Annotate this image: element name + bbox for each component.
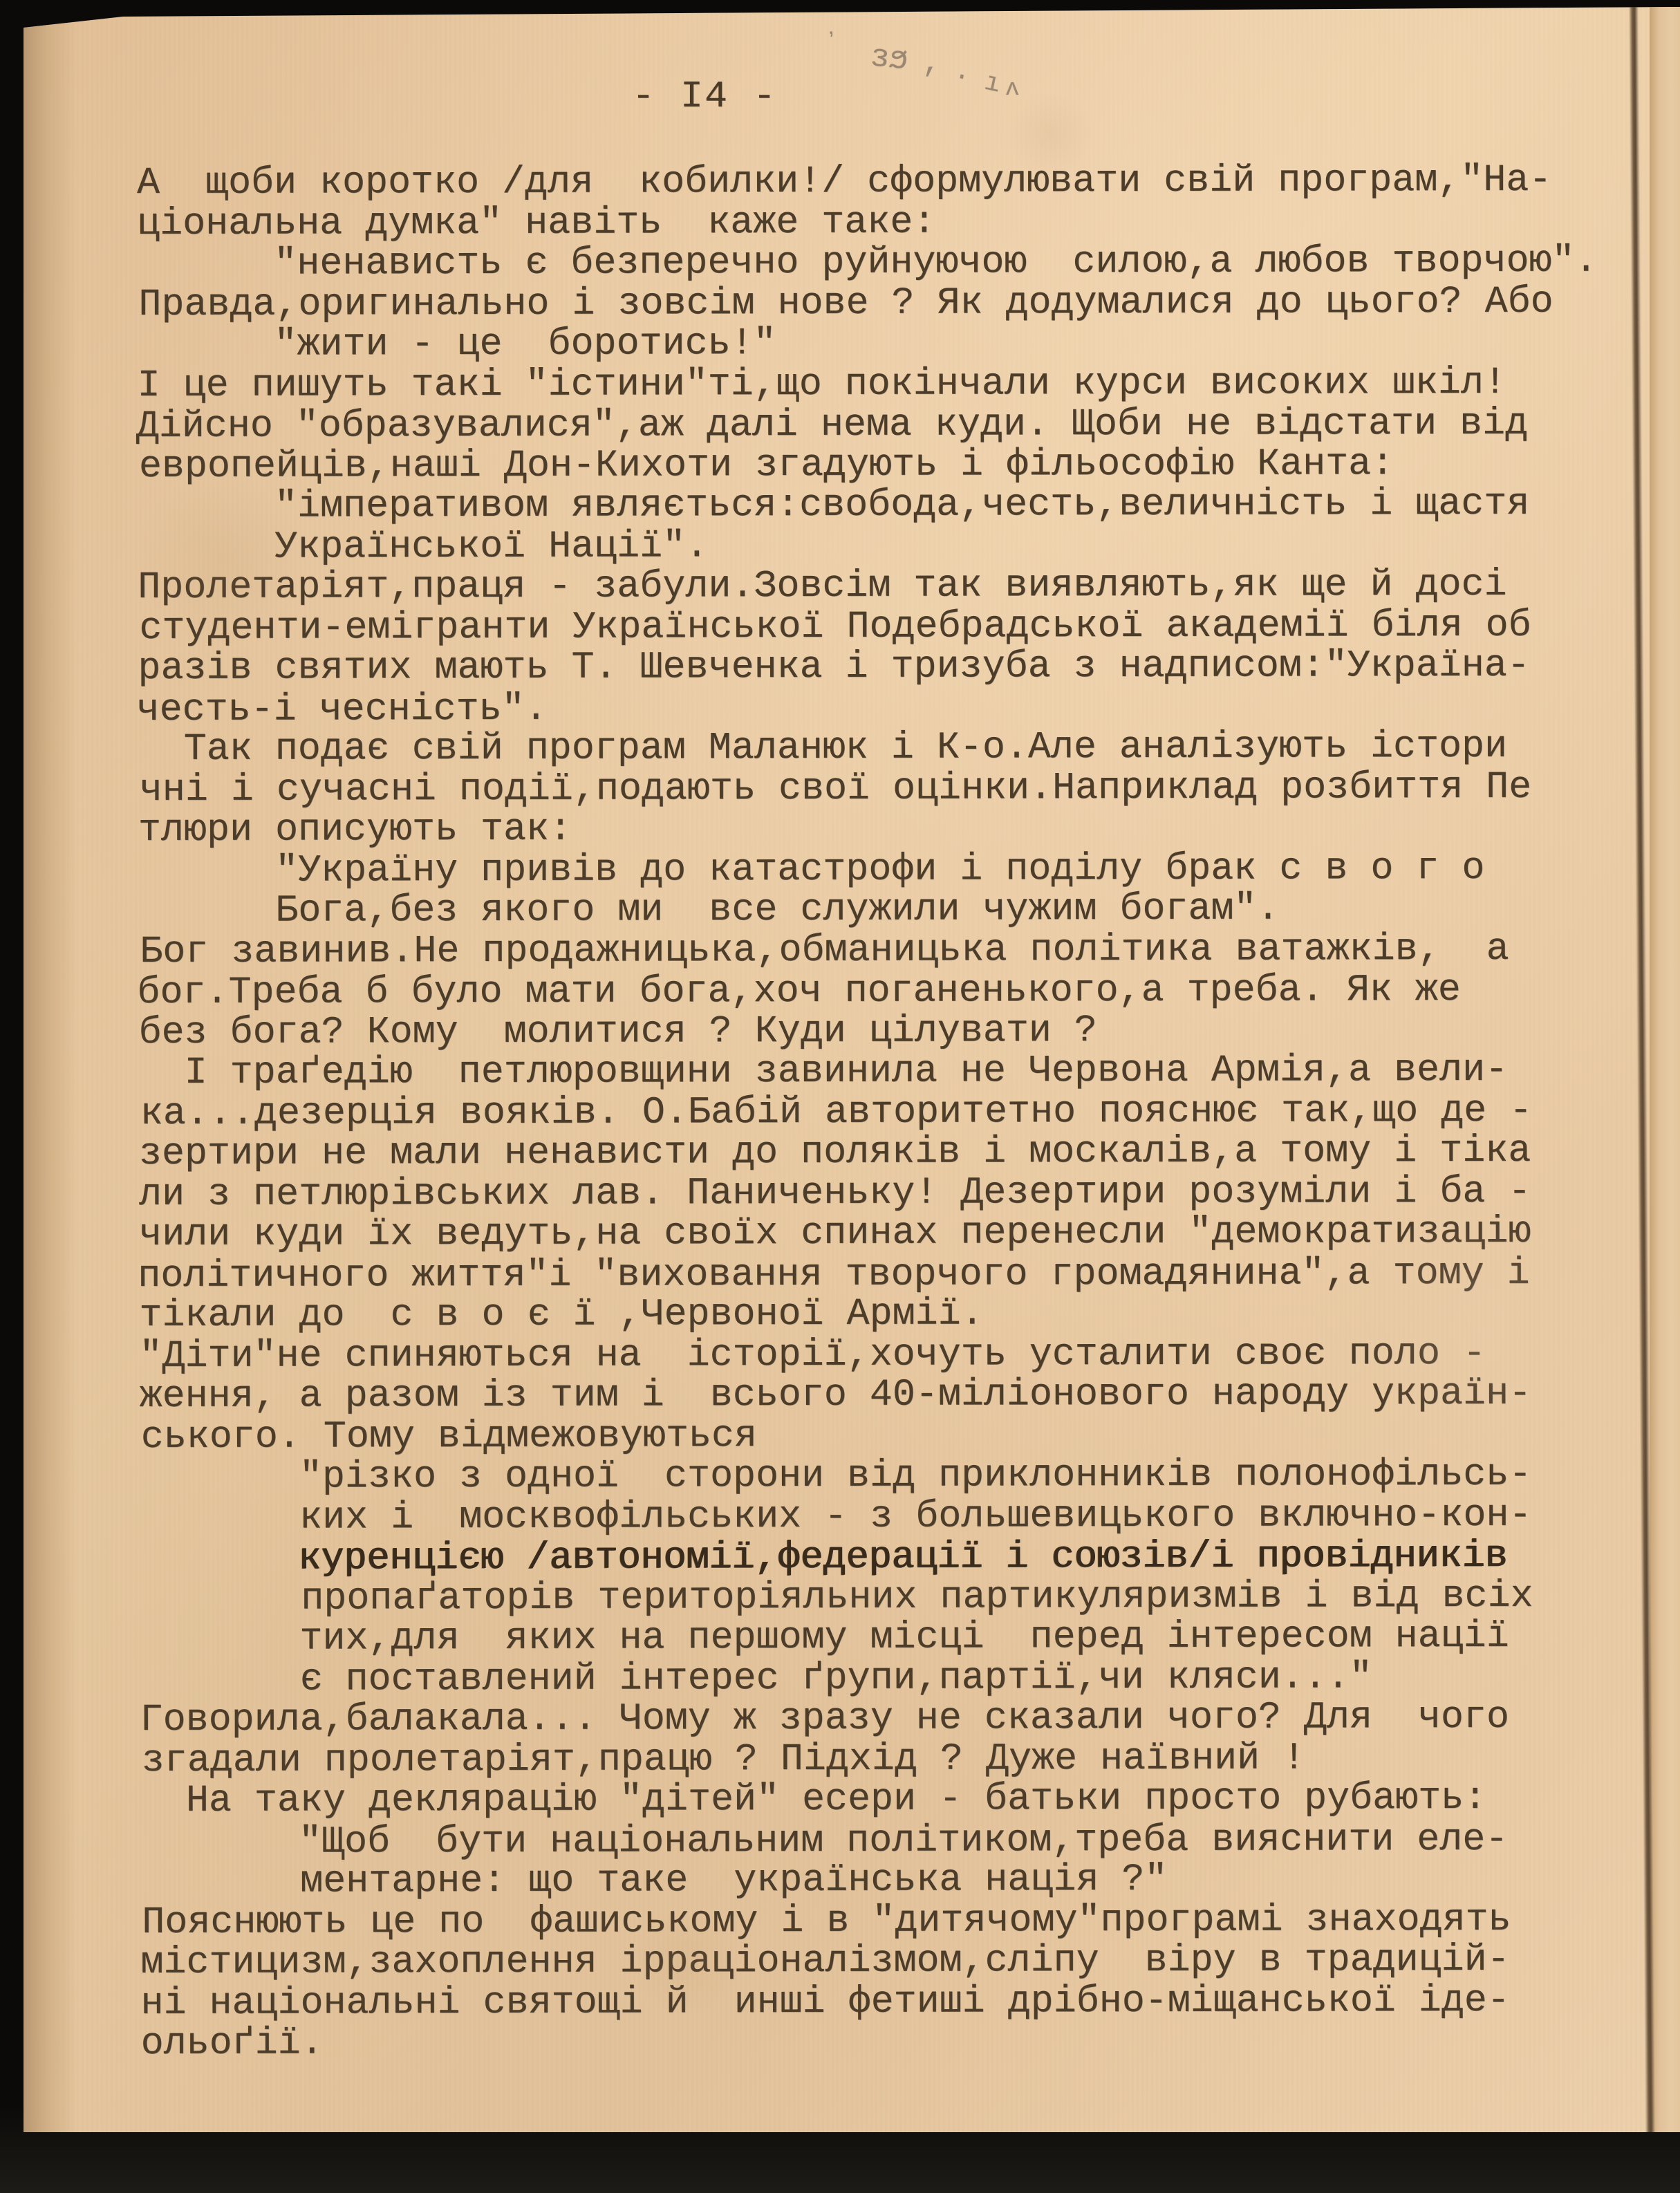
text-line: "Щоб бути національним політиком,треба в… [139,1819,1599,1863]
text-line: зертири не мали ненависти до поляків і м… [139,1131,1599,1175]
text-line: ціональна думка" навіть каже таке: [137,200,1597,244]
typewritten-text: А щоби коротко /для кобилки!/ сформулюва… [137,160,1601,2064]
text-line: пропаґаторів територіяльних партикуляриз… [141,1576,1601,1619]
pencil-mark: ʼ [824,30,841,56]
text-line: "імперативом являється:свобода,честь,вел… [138,484,1598,528]
text-line: европейців,наші Дон-Кихоти згадують і фі… [139,443,1599,487]
page-left-edge-shade [24,7,77,2132]
text-line: Дійсно "образувалися",аж далі нема куди.… [136,404,1596,447]
text-line: "Україну привів до катастрофи і поділу б… [138,848,1598,891]
text-line: містицизм,захоплення ірраціоналізмом,слі… [140,1940,1600,1984]
text-line: На таку деклярацію "дітей" есери - батьк… [140,1778,1600,1822]
text-line: ка...дезерція вояків. О.Бабій авторитетн… [140,1090,1600,1134]
pencil-mark: ɜϧ [869,41,911,77]
text-line: ли з петлюрівських лав. Паниченьку! Дезе… [139,1171,1599,1215]
text-line: честь-і чесність". [137,687,1597,730]
text-line: ментарне: що таке українська нація ?" [140,1859,1600,1903]
pencil-mark: ʌ [1005,77,1019,101]
text-line: І це пишуть такі "істини"ті,що покінчали… [138,362,1598,406]
text-line: без бога? Кому молитися ? Куди цілувати … [139,1009,1599,1053]
text-line: тих,для яких на першому місці перед інте… [140,1616,1600,1660]
text-line: Пояснюють це по фашиському і в "дитячому… [142,1899,1602,1943]
text-line: бог.Треба б було мати бога,хоч поганеньк… [137,970,1597,1014]
text-line: студенти-емігранти Української Подебрадс… [139,605,1599,648]
text-line: Бога,без якого ми все служили чужим бога… [138,888,1598,932]
text-line: тлюри описують так: [138,808,1598,851]
scan-background: { "document": { "language": "Ukrainian",… [0,0,1680,2193]
pencil-mark: , [922,48,940,79]
text-line: "жити - це боротись!" [137,322,1597,366]
document-page: ʼɜϧ,· ıʌ - I4 - А щоби коротко /для коби… [24,7,1680,2132]
text-line: ких і москвофільських - з большевицького… [140,1495,1600,1538]
text-line: Української Нації". [138,524,1598,568]
text-line: ольоґії. [141,2021,1601,2064]
text-line: Правда,оригинально і зовсім нове ? Як до… [138,281,1598,325]
text-line: згадали пролетаріят,працю ? Підхід ? Дуж… [142,1737,1602,1781]
page-number: - I4 - [632,76,777,118]
page-right-margin [1650,7,1680,2132]
text-line: тікали до с в о є ї ,Червоної Армії. [139,1293,1599,1336]
text-line: разів святих мають Т. Шевченка і тризуба… [138,646,1598,689]
text-line: куренцією /автономії,федерації і союзів/… [138,1536,1598,1580]
text-line: "різко з одної сторони від приклонників … [140,1455,1600,1498]
text-line: політичного життя"і "виховання творчого … [138,1253,1598,1296]
pencil-mark: · ı [951,63,1003,98]
text-line: "ненависть є безперечно руйнуючою силою,… [137,241,1597,285]
text-line: Так подає свій програм Маланюк і К-о.Але… [138,727,1598,770]
text-line: ського. Тому відмежовуються [141,1414,1601,1457]
text-line: Пролетаріят,праця - забули.Зовсім так ви… [138,565,1598,608]
text-line: Бог завинив.Не продажницька,обманицька п… [140,928,1600,972]
text-line: чили куди їх ведуть,на своїх спинах пере… [139,1212,1599,1256]
text-line: чні і сучасні події,подають свої оцінки.… [140,767,1600,810]
text-line: А щоби коротко /для кобилки!/ сформулюва… [137,160,1597,204]
text-line: ні національні святощі й инші фетиші дрі… [141,1980,1601,2024]
text-line: Говорила,балакала... Чому ж зразу не ска… [140,1697,1600,1741]
text-line: "Діти"не спиняються на історії,хочуть ус… [140,1333,1600,1377]
text-line: І траґедію петлюровщини завинила не Черв… [139,1050,1599,1094]
text-line: ження, а разом із тим і всього 40-міліон… [140,1374,1600,1417]
text-line: є поставлений інтерес ґрупи,партії,чи кл… [140,1657,1600,1700]
